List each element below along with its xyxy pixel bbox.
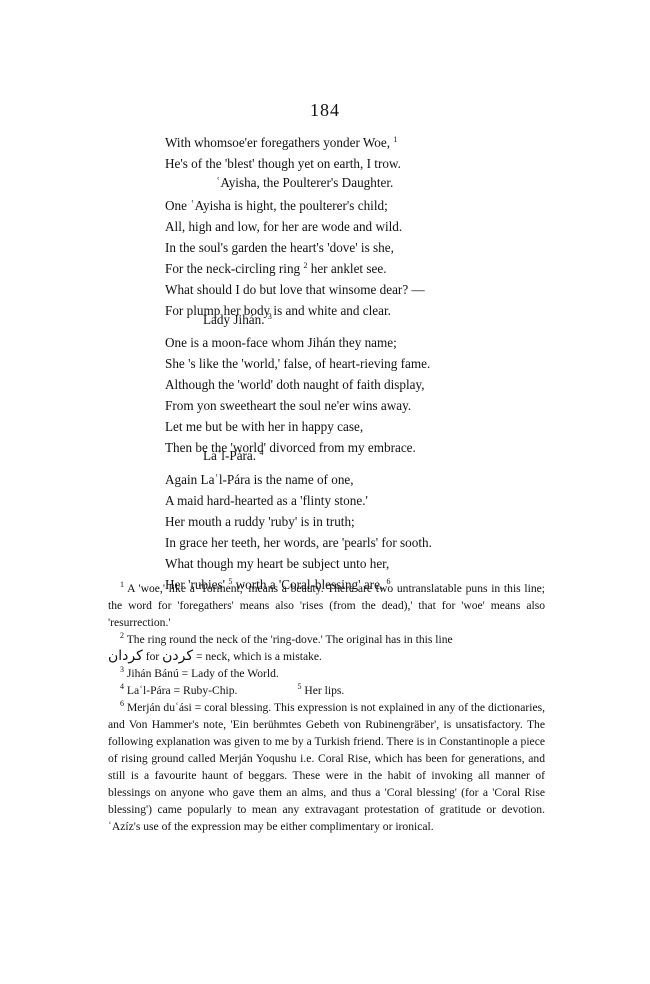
poem-lal-para: Again Laʿl-Pára is the name of one, A ma… [165, 469, 432, 595]
verse-text: In grace her teeth, her words, are 'pear… [165, 535, 432, 550]
poem-heading-ayisha: ʿAyisha, the Poulterer's Daughter. [216, 175, 393, 191]
footnote-mark: 3 [120, 665, 124, 674]
verse-line: One ʿAyisha is hight, the poulterer's ch… [165, 195, 425, 216]
verse-text: He's of the 'blest' though yet on earth,… [165, 156, 401, 171]
verse-text: She 's like the 'world,' false, of heart… [165, 356, 430, 371]
poem-heading-jihan: Lady Jihán. 3 [203, 312, 272, 328]
footnote-mark: 5 [297, 682, 301, 691]
footnote-ref[interactable]: 1 [393, 135, 397, 144]
verse-text: All, high and low, for her are wode and … [165, 219, 402, 234]
verse-line: Let me but be with her in happy case, [165, 416, 430, 437]
verse-line: With whomsoe'er foregathers yonder Woe, … [165, 132, 401, 153]
verse-line: She 's like the 'world,' false, of heart… [165, 353, 430, 374]
verse-text: With whomsoe'er foregathers yonder Woe, [165, 135, 390, 150]
verse-text: For plump her body is and white and clea… [165, 303, 391, 318]
verse-text: From yon sweetheart the soul ne'er wins … [165, 398, 411, 413]
footnote-ref[interactable]: 4 [259, 448, 263, 457]
poem-heading-lal-para: Laʿl-Pára. 4 [203, 448, 263, 464]
verse-line: One is a moon-face whom Jihán they name; [165, 332, 430, 353]
footnote-text: The ring round the neck of the 'ring-dov… [127, 633, 453, 646]
verse-line: Again Laʿl-Pára is the name of one, [165, 469, 432, 490]
heading-text: Laʿl-Pára. [203, 448, 256, 463]
verse-text: Her mouth a ruddy 'ruby' is in truth; [165, 514, 355, 529]
verse-text: Again Laʿl-Pára is the name of one, [165, 472, 354, 487]
verse-text: A maid hard-hearted as a 'flinty stone.' [165, 493, 368, 508]
verse-line: He's of the 'blest' though yet on earth,… [165, 153, 401, 174]
verse-text: What though my heart be subject unto her… [165, 556, 389, 571]
footnote-mark: 4 [120, 682, 124, 691]
footnote-1: 1 A 'woe,' like a 'Torment,' means a bea… [108, 580, 545, 631]
verse-text: In the soul's garden the heart's 'dove' … [165, 240, 394, 255]
footnote-text: Laʿl-Pára = Ruby-Chip. [127, 684, 238, 697]
verse-line: For the neck-circling ring 2 her anklet … [165, 258, 425, 279]
poem-jihan: One is a moon-face whom Jihán they name;… [165, 332, 430, 458]
poem-ayisha: One ʿAyisha is hight, the poulterer's ch… [165, 195, 425, 321]
verse-text: her anklet see. [307, 261, 386, 276]
page-number: 184 [0, 100, 650, 121]
verse-text: Although the 'world' doth naught of fait… [165, 377, 425, 392]
verse-text: What should I do but love that winsome d… [165, 282, 425, 297]
verse-line: All, high and low, for her are wode and … [165, 216, 425, 237]
verse-line: Her mouth a ruddy 'ruby' is in truth; [165, 511, 432, 532]
footnote-4-5: 4 Laʿl-Pára = Ruby-Chip.5 Her lips. [108, 682, 545, 699]
footnote-2: 2 The ring round the neck of the 'ring-d… [108, 631, 545, 665]
verse-line: From yon sweetheart the soul ne'er wins … [165, 395, 430, 416]
verse-text: One ʿAyisha is hight, the poulterer's ch… [165, 198, 388, 213]
footnote-text: Her lips. [304, 684, 344, 697]
footnote-ref[interactable]: 3 [268, 312, 272, 321]
footnote-text: Merján duʿási = coral blessing. This exp… [108, 701, 545, 833]
verse-line: Although the 'world' doth naught of fait… [165, 374, 430, 395]
footnote-text: A 'woe,' like a 'Torment,' means a beaut… [108, 582, 545, 629]
verse-line: In grace her teeth, her words, are 'pear… [165, 532, 432, 553]
footnote-3: 3 Jihán Bánú = Lady of the World. [108, 665, 545, 682]
arabic-word: کردن [162, 648, 193, 664]
verse-text: For the neck-circling ring [165, 261, 300, 276]
footnote-text: for [146, 650, 160, 663]
heading-text: Lady Jihán. [203, 312, 265, 327]
verse-line: What should I do but love that winsome d… [165, 279, 425, 300]
heading-text: ʿAyisha, the Poulterer's Daughter. [216, 175, 393, 190]
verse-line: What though my heart be subject unto her… [165, 553, 432, 574]
footnote-text: = neck, which is a mistake. [196, 650, 322, 663]
footnote-mark: 2 [120, 631, 124, 640]
arabic-word: کردان [108, 648, 143, 664]
opening-couplet: With whomsoe'er foregathers yonder Woe, … [165, 132, 401, 174]
verse-text: Let me but be with her in happy case, [165, 419, 363, 434]
footnotes-section: 1 A 'woe,' like a 'Torment,' means a bea… [108, 580, 545, 835]
verse-text: One is a moon-face whom Jihán they name; [165, 335, 397, 350]
verse-line: In the soul's garden the heart's 'dove' … [165, 237, 425, 258]
verse-line: A maid hard-hearted as a 'flinty stone.' [165, 490, 432, 511]
footnote-mark: 1 [120, 580, 124, 589]
footnote-mark: 6 [120, 699, 124, 708]
footnote-text: Jihán Bánú = Lady of the World. [127, 667, 279, 680]
footnote-6: 6 Merján duʿási = coral blessing. This e… [108, 699, 545, 835]
